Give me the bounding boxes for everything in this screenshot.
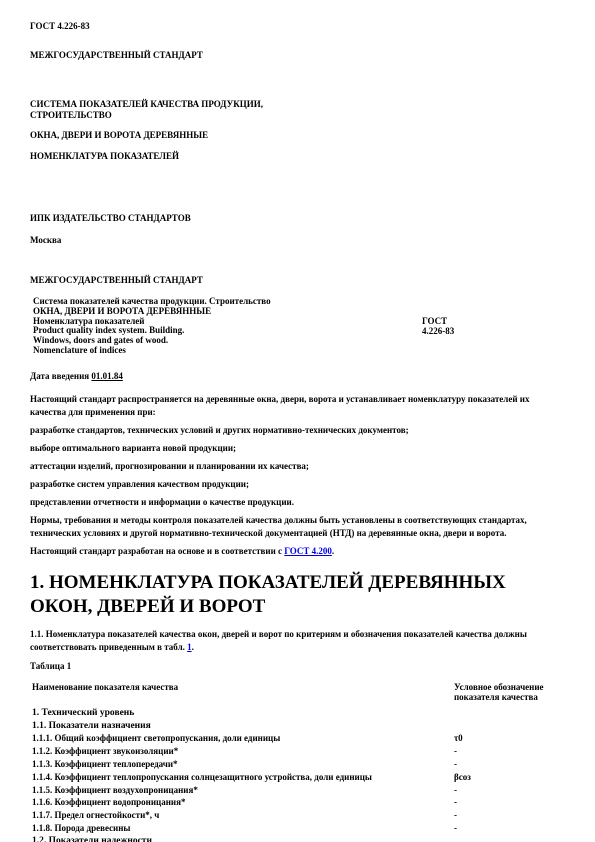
norms-paragraph: Нормы, требования и методы контроля пока… [30, 514, 567, 540]
table-row: 1.1.1. Общий коэффициент светопропускани… [30, 732, 567, 745]
row-symbol: βсоз [454, 771, 567, 784]
row-symbol: τ0 [454, 732, 567, 745]
table-row: 1.1.5. Коэффициент воздухопроницания* - [30, 784, 567, 797]
clause-1-1-paragraph: 1.1. Номенклатура показателей качества о… [30, 628, 567, 654]
row-symbol [454, 707, 567, 720]
row-symbol: - [454, 796, 567, 809]
table-row: 1.1.3. Коэффициент теплопередачи* - [30, 758, 567, 771]
cover-title-line2: СТРОИТЕЛЬСТВО [30, 110, 567, 121]
publisher-city: Москва [30, 235, 567, 246]
row-name: 1.1.7. Предел огнестойкости*, ч [30, 809, 450, 822]
table-row: 1.1. Показатели назначения [30, 720, 567, 733]
row-name: 1.1.5. Коэффициент воздухопроницания* [30, 784, 450, 797]
clause-1-1-suffix: . [192, 642, 194, 652]
section-1-heading: 1. НОМЕНКЛАТУРА ПОКАЗАТЕЛЕЙ ДЕРЕВЯННЫХ О… [30, 571, 567, 619]
standard-title-block: Система показателей качества продукции. … [30, 297, 567, 356]
row-symbol [454, 835, 567, 842]
standard-type-label-2: МЕЖГОСУДАРСТВЕННЫЙ СТАНДАРТ [30, 275, 567, 285]
row-symbol: - [454, 784, 567, 797]
effective-date-label: Дата введения [30, 371, 91, 381]
usecase-paragraph-3: аттестации изделий, прогнозировании и пл… [30, 460, 567, 473]
title-block-line6: Nomenclature of indices [33, 346, 567, 356]
clause-1-1-text: 1.1. Номенклатура показателей качества о… [30, 629, 527, 652]
row-symbol [454, 720, 567, 733]
table-row: 1.1.6. Коэффициент водопроницания* - [30, 796, 567, 809]
table-row: 1.1.7. Предел огнестойкости*, ч - [30, 809, 567, 822]
basis-paragraph-prefix: Настоящий стандарт разработан на основе … [30, 546, 284, 556]
row-name: 1.1.2. Коэффициент звукоизоляции* [30, 745, 450, 758]
document-page: ГОСТ 4.226-83 МЕЖГОСУДАРСТВЕННЫЙ СТАНДАР… [0, 0, 595, 842]
intro-paragraph: Настоящий стандарт распространяется на д… [30, 393, 567, 419]
row-symbol: - [454, 822, 567, 835]
quality-indicators-table: Наименование показателя качества Условно… [30, 682, 567, 842]
table-row: 1.1.4. Коэффициент теплопропускания солн… [30, 771, 567, 784]
table-row: 1.2. Показатели надежности [30, 835, 567, 842]
usecase-paragraph-1: разработке стандартов, технических услов… [30, 424, 567, 437]
cover-nomenclature: НОМЕНКЛАТУРА ПОКАЗАТЕЛЕЙ [30, 151, 567, 162]
row-name: 1.1.3. Коэффициент теплопередачи* [30, 758, 450, 771]
cover-title: СИСТЕМА ПОКАЗАТЕЛЕЙ КАЧЕСТВА ПРОДУКЦИИ, … [30, 99, 567, 121]
table-caption: Таблица 1 [30, 660, 567, 673]
table-row: 1. Технический уровень [30, 707, 567, 720]
row-name: 1.1.6. Коэффициент водопроницания* [30, 796, 450, 809]
effective-date-line: Дата введения 01.01.84 [30, 371, 567, 382]
row-name: 1.1. Показатели назначения [30, 720, 450, 733]
table-row: 1.1.8. Порода древесины - [30, 822, 567, 835]
standard-code-top: ГОСТ 4.226-83 [30, 21, 567, 31]
standard-code-line2: 4.226-83 [422, 327, 454, 337]
cover-subtitle: ОКНА, ДВЕРИ И ВОРОТА ДЕРЕВЯННЫЕ [30, 130, 567, 141]
publisher-line: ИПК ИЗДАТЕЛЬСТВО СТАНДАРТОВ [30, 213, 567, 224]
standard-code-block: ГОСТ 4.226-83 [422, 317, 454, 337]
row-name: 1.2. Показатели надежности [30, 835, 450, 842]
usecase-paragraph-5: представлении отчетности и информации о … [30, 496, 567, 509]
usecase-paragraph-4: разработке систем управления качеством п… [30, 478, 567, 491]
column-header-name: Наименование показателя качества [30, 682, 450, 702]
effective-date-value: 01.01.84 [91, 371, 123, 381]
cover-title-line1: СИСТЕМА ПОКАЗАТЕЛЕЙ КАЧЕСТВА ПРОДУКЦИИ, [30, 99, 567, 110]
row-name: 1. Технический уровень [30, 707, 450, 720]
usecase-paragraph-2: выборе оптимального варианта новой проду… [30, 442, 567, 455]
row-name: 1.1.8. Порода древесины [30, 822, 450, 835]
row-name: 1.1.1. Общий коэффициент светопропускани… [30, 732, 450, 745]
column-header-symbol: Условное обозначение показателя качества [454, 682, 546, 702]
basis-paragraph: Настоящий стандарт разработан на основе … [30, 545, 567, 558]
table-header-row: Наименование показателя качества Условно… [30, 682, 567, 702]
row-name: 1.1.4. Коэффициент теплопропускания солн… [30, 771, 450, 784]
row-symbol: - [454, 809, 567, 822]
table-row: 1.1.2. Коэффициент звукоизоляции* - [30, 745, 567, 758]
row-symbol: - [454, 758, 567, 771]
row-symbol: - [454, 745, 567, 758]
gost-4200-link[interactable]: ГОСТ 4.200 [284, 546, 332, 556]
standard-type-label: МЕЖГОСУДАРСТВЕННЫЙ СТАНДАРТ [30, 50, 567, 60]
basis-paragraph-suffix: . [332, 546, 334, 556]
